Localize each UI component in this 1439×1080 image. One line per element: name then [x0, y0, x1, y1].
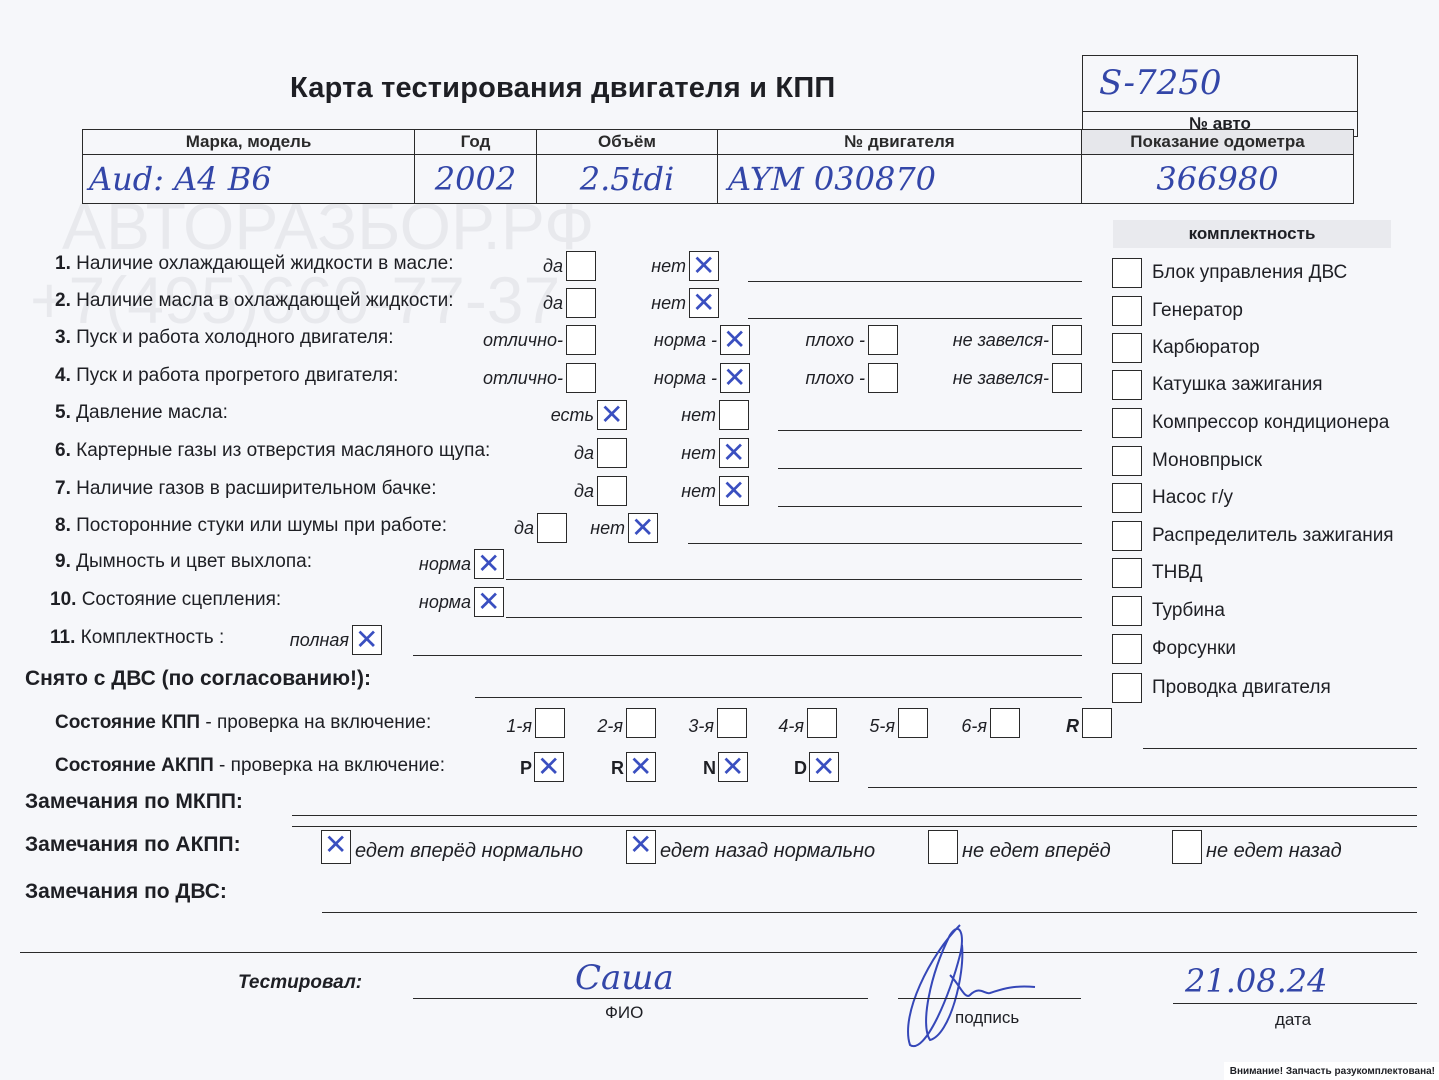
engine-no-value[interactable]: AYM 030870 [718, 155, 1082, 204]
kit-item-label: Форсунки [1152, 638, 1236, 659]
kit-item: Турбина [1112, 596, 1225, 626]
question-number: 7. [55, 478, 71, 500]
question-notes-field[interactable] [778, 468, 1082, 469]
option-label: есть [551, 405, 594, 426]
option-label: отлично- [483, 368, 563, 389]
option-label: нет [681, 405, 716, 426]
remarks-akpp-label: Замечания по АКПП: [25, 833, 241, 857]
remarks-mkpp-field[interactable] [292, 815, 1417, 816]
kit-title: комплектность [1113, 220, 1391, 248]
option-label: нет [651, 256, 686, 277]
question-text: Пуск и работа прогретого двигателя: [71, 365, 399, 386]
volume-value[interactable]: 2.5tdi [537, 155, 718, 204]
question-notes-field[interactable] [778, 506, 1082, 507]
akpp-mode-N[interactable] [718, 752, 748, 782]
page-title: Карта тестирования двигателя и КПП [290, 72, 835, 105]
question-11: 11. Комплектность : [50, 627, 224, 649]
option-label: да [543, 293, 563, 314]
gear-label: 3-я [688, 716, 714, 737]
tested-by-label: Тестировал: [238, 972, 362, 994]
question-9: 9. Дымность и цвет выхлопа: [55, 551, 312, 573]
question-text: Давление масла: [71, 402, 228, 423]
kit-checkbox[interactable] [1112, 333, 1142, 363]
question-3: 3. Пуск и работа холодного двигателя: [55, 327, 394, 349]
question-5: 5. Давление масла: [55, 402, 228, 424]
question-2: 2. Наличие масла в охлаждающей жидкости: [55, 290, 454, 312]
option-label: да [574, 443, 594, 464]
gear-label: 6-я [961, 716, 987, 737]
kit-item: Проводка двигателя [1112, 673, 1331, 703]
question-text: Наличие газов в расширительном бачке: [71, 478, 437, 499]
kit-checkbox[interactable] [1112, 521, 1142, 551]
kpp-label-rest: - проверка на включение: [200, 712, 431, 733]
question-notes-field[interactable] [748, 318, 1082, 319]
option-label: норма [419, 554, 471, 575]
kpp-gear-4-я[interactable] [807, 708, 837, 738]
gear-label: R [1066, 716, 1079, 737]
option-label: отлично- [483, 330, 563, 351]
akpp-remark-checkbox[interactable] [626, 830, 656, 864]
akpp-mode-D[interactable] [809, 752, 839, 782]
akpp-remark-label: не едет назад [1206, 840, 1342, 863]
gear-label: 5-я [869, 716, 895, 737]
vehicle-header-table: Марка, модель Год Объём № двигателя Пока… [82, 129, 1354, 204]
col-year: Год [415, 130, 537, 155]
checkbox-q4-3[interactable] [868, 363, 898, 393]
checkbox-q3-4[interactable] [1052, 325, 1082, 355]
checkbox-q7-2[interactable] [719, 476, 749, 506]
kit-item: ТНВД [1112, 558, 1202, 588]
akpp-remark-checkbox[interactable] [321, 830, 351, 864]
question-number: 9. [55, 551, 71, 573]
akpp-remark-checkbox[interactable] [1172, 830, 1202, 864]
option-label: да [543, 256, 563, 277]
col-odometer: Показание одометра [1082, 130, 1354, 155]
checkbox-q4-4[interactable] [1052, 363, 1082, 393]
option-label: норма - [654, 330, 717, 351]
checkbox-q1-2[interactable] [689, 251, 719, 281]
remarks-dvs-line2[interactable] [20, 952, 1417, 953]
question-text: Пуск и работа холодного двигателя: [71, 327, 394, 348]
checkbox-q5-2[interactable] [719, 400, 749, 430]
akpp-mode-label: D [794, 758, 807, 779]
kpp-label: Состояние КПП - проверка на включение: [55, 712, 431, 734]
kit-checkbox[interactable] [1112, 408, 1142, 438]
akpp-mode-label: R [611, 758, 624, 779]
option-label: не завелся- [953, 330, 1049, 351]
checkbox-q2-2[interactable] [689, 288, 719, 318]
question-text: Наличие масла в охлаждающей жидкости: [71, 290, 454, 311]
akpp-remark-label: не едет вперёд [962, 840, 1111, 863]
kit-item: Форсунки [1112, 634, 1236, 664]
question-text: Картерные газы из отверстия масляного щу… [71, 440, 490, 461]
kpp-gear-1-я[interactable] [535, 708, 565, 738]
option-label: нет [681, 481, 716, 502]
kit-item: Катушка зажигания [1112, 370, 1323, 400]
checkbox-q1-1[interactable] [566, 251, 596, 281]
question-text: Комплектность : [75, 627, 224, 648]
question-10: 10. Состояние сцепления: [50, 589, 281, 611]
gear-label: 1-я [506, 716, 532, 737]
option-label: плохо - [806, 330, 865, 351]
akpp-label-rest: - проверка на включение: [214, 755, 445, 776]
akpp-remark-label: едет назад нормально [660, 840, 875, 863]
checkbox-q6-2[interactable] [719, 438, 749, 468]
kpp-gear-2-я[interactable] [626, 708, 656, 738]
option-label: нет [651, 293, 686, 314]
kit-item: Генератор [1112, 296, 1243, 326]
option-label: полная [290, 630, 349, 651]
kpp-gear-R[interactable] [1082, 708, 1112, 738]
question-number: 3. [55, 327, 71, 349]
question-text: Состояние сцепления: [76, 589, 281, 610]
checkbox-q10-1[interactable] [474, 587, 504, 617]
signature-field[interactable] [898, 998, 1081, 999]
odometer-value[interactable]: 366980 [1082, 155, 1354, 204]
kit-checkbox[interactable] [1112, 558, 1142, 588]
question-number: 6. [55, 440, 71, 462]
remarks-mkpp-line2 [292, 826, 1417, 827]
remarks-mkpp-label: Замечания по МКПП: [25, 790, 243, 814]
question-number: 10. [50, 589, 76, 611]
kit-item-label: Распределитель зажигания [1152, 525, 1394, 546]
tester-name-caption: ФИО [605, 1003, 643, 1023]
kit-item: Моновпрыск [1112, 446, 1262, 476]
question-notes-field[interactable] [413, 655, 1082, 656]
checkbox-q8-1[interactable] [537, 513, 567, 543]
kit-item: Компрессор кондиционера [1112, 408, 1389, 438]
remarks-dvs-field[interactable] [322, 912, 1417, 913]
option-label: да [574, 481, 594, 502]
checkbox-q6-1[interactable] [597, 438, 627, 468]
removed-field[interactable] [475, 697, 1082, 698]
checkbox-q7-1[interactable] [597, 476, 627, 506]
question-8: 8. Посторонние стуки или шумы при работе… [55, 515, 447, 537]
kit-item: Карбюратор [1112, 333, 1260, 363]
date-field[interactable] [1173, 1003, 1417, 1004]
question-number: 11. [50, 627, 75, 649]
kpp-gear-5-я[interactable] [898, 708, 928, 738]
checkbox-q4-2[interactable] [720, 363, 750, 393]
warning-badge: Внимание! Запчасть разукомплектована! [1224, 1062, 1439, 1080]
option-label: норма [419, 592, 471, 613]
question-number: 1. [55, 253, 71, 275]
question-text: Наличие охлаждающей жидкости в масле: [71, 253, 454, 274]
question-text: Посторонние стуки или шумы при работе: [71, 515, 447, 536]
removed-label: Снято с ДВС (по согласованию!): [25, 667, 371, 691]
kit-item-label: Катушка зажигания [1152, 374, 1323, 395]
tester-name-field[interactable] [413, 998, 868, 999]
col-engine-no: № двигателя [718, 130, 1082, 155]
kit-item-label: Турбина [1152, 600, 1225, 621]
option-label: нет [681, 443, 716, 464]
kit-item-label: Проводка двигателя [1152, 677, 1331, 698]
checkbox-q3-2[interactable] [720, 325, 750, 355]
kit-item-label: Блок управления ДВС [1152, 262, 1347, 283]
kpp-notes-field[interactable] [1143, 748, 1417, 749]
kit-checkbox[interactable] [1112, 483, 1142, 513]
signature-caption: подпись [955, 1008, 1019, 1028]
akpp-remark-label: едет вперёд нормально [355, 840, 583, 863]
question-4: 4. Пуск и работа прогретого двигателя: [55, 365, 398, 387]
question-notes-field[interactable] [748, 281, 1082, 282]
kit-item: Распределитель зажигания [1112, 521, 1394, 551]
checkbox-q2-1[interactable] [566, 288, 596, 318]
kit-item-label: Насос г/у [1152, 487, 1233, 508]
col-make-model: Марка, модель [83, 130, 415, 155]
kit-item-label: Моновпрыск [1152, 450, 1262, 471]
kit-item: Насос г/у [1112, 483, 1233, 513]
checkbox-q3-3[interactable] [868, 325, 898, 355]
option-label: норма - [654, 368, 717, 389]
kit-item-label: ТНВД [1152, 562, 1202, 583]
gear-label: 2-я [597, 716, 623, 737]
question-notes-field[interactable] [506, 617, 1082, 618]
removed-label-text: Снято с ДВС (по согласованию!): [25, 667, 371, 690]
kit-checkbox[interactable] [1112, 446, 1142, 476]
kit-item-label: Компрессор кондиционера [1152, 412, 1389, 433]
checkbox-q8-2[interactable] [628, 513, 658, 543]
akpp-mode-P[interactable] [534, 752, 564, 782]
kit-checkbox[interactable] [1112, 296, 1142, 326]
kit-checkbox[interactable] [1112, 673, 1142, 703]
date-value[interactable]: 21.08.24 [1185, 962, 1328, 1000]
option-label: плохо - [806, 368, 865, 389]
kit-checkbox[interactable] [1112, 596, 1142, 626]
question-number: 4. [55, 365, 71, 387]
kit-item-label: Карбюратор [1152, 337, 1260, 358]
date-caption: дата [1275, 1010, 1311, 1030]
checkbox-q5-1[interactable] [597, 400, 627, 430]
checkbox-q11-1[interactable] [352, 625, 382, 655]
make-model-value[interactable]: Aud: A4 B6 [83, 155, 415, 204]
kit-item-label: Генератор [1152, 300, 1243, 321]
kpp-label-bold: Состояние КПП [55, 712, 200, 733]
tester-name-value[interactable]: Саша [575, 958, 674, 998]
auto-number-value[interactable]: S-7250 [1083, 56, 1357, 112]
option-label: да [514, 518, 534, 539]
question-number: 5. [55, 402, 71, 424]
gear-label: 4-я [778, 716, 804, 737]
akpp-label: Состояние АКПП - проверка на включение: [55, 755, 445, 777]
signature-mark [890, 915, 1050, 1055]
question-6: 6. Картерные газы из отверстия масляного… [55, 440, 490, 462]
akpp-remark-checkbox[interactable] [928, 830, 958, 864]
kpp-gear-3-я[interactable] [717, 708, 747, 738]
akpp-mode-label: P [520, 758, 532, 779]
option-label: нет [590, 518, 625, 539]
remarks-dvs-label: Замечания по ДВС: [25, 880, 227, 904]
checkbox-q3-1[interactable] [566, 325, 596, 355]
kit-item: Блок управления ДВС [1112, 258, 1347, 288]
akpp-mode-R[interactable] [626, 752, 656, 782]
kpp-gear-6-я[interactable] [990, 708, 1020, 738]
akpp-label-bold: Состояние АКПП [55, 755, 214, 776]
kit-checkbox[interactable] [1112, 370, 1142, 400]
question-number: 2. [55, 290, 71, 312]
question-text: Дымность и цвет выхлопа: [71, 551, 312, 572]
checkbox-q4-1[interactable] [566, 363, 596, 393]
year-value[interactable]: 2002 [415, 155, 537, 204]
question-number: 8. [55, 515, 71, 537]
question-7: 7. Наличие газов в расширительном бачке: [55, 478, 437, 500]
checkbox-q9-1[interactable] [474, 549, 504, 579]
question-notes-field[interactable] [778, 430, 1082, 431]
kit-checkbox[interactable] [1112, 258, 1142, 288]
question-notes-field[interactable] [688, 543, 1082, 544]
akpp-notes-field[interactable] [868, 787, 1417, 788]
auto-number-box: S-7250 № авто [1082, 55, 1358, 137]
question-1: 1. Наличие охлаждающей жидкости в масле: [55, 253, 454, 275]
question-notes-field[interactable] [506, 579, 1082, 580]
kit-checkbox[interactable] [1112, 634, 1142, 664]
option-label: не завелся- [953, 368, 1049, 389]
col-volume: Объём [537, 130, 718, 155]
akpp-mode-label: N [703, 758, 716, 779]
